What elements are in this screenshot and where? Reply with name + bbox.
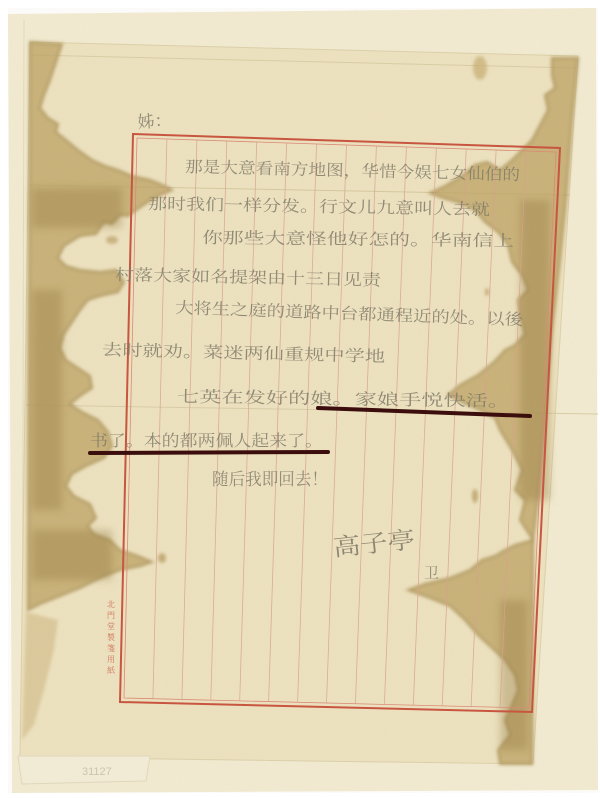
stationery-imprint: 北門堂製箋用紙: [107, 599, 116, 677]
archive-tab-number: 31127: [82, 766, 112, 778]
stain-dark-band: [32, 188, 122, 228]
stain-speck: [485, 288, 489, 296]
stain-dark-band: [32, 290, 62, 510]
letter-photograph: 北門堂製箋用紙 姊： 那是大意看南方地图，华惜今娱七女仙伯的 那时我们一样分发。…: [0, 0, 600, 798]
underline-mark-lower: [90, 452, 328, 453]
stain-dark-band: [32, 530, 112, 580]
stain-speck: [158, 553, 166, 563]
salutation: 姊：: [137, 111, 172, 133]
letter-line-3: 你那些大意怪他好怎的。华南信上: [202, 228, 514, 250]
signature-mark: 卫: [424, 564, 439, 582]
stain-speck: [106, 236, 118, 244]
stain-speck: [472, 489, 478, 503]
water-stain-top-spot: [473, 56, 487, 80]
closing-line: 随后我即回去！: [212, 470, 328, 490]
letter-line-8: 书了。本的都两佩人起来了。: [90, 431, 323, 450]
